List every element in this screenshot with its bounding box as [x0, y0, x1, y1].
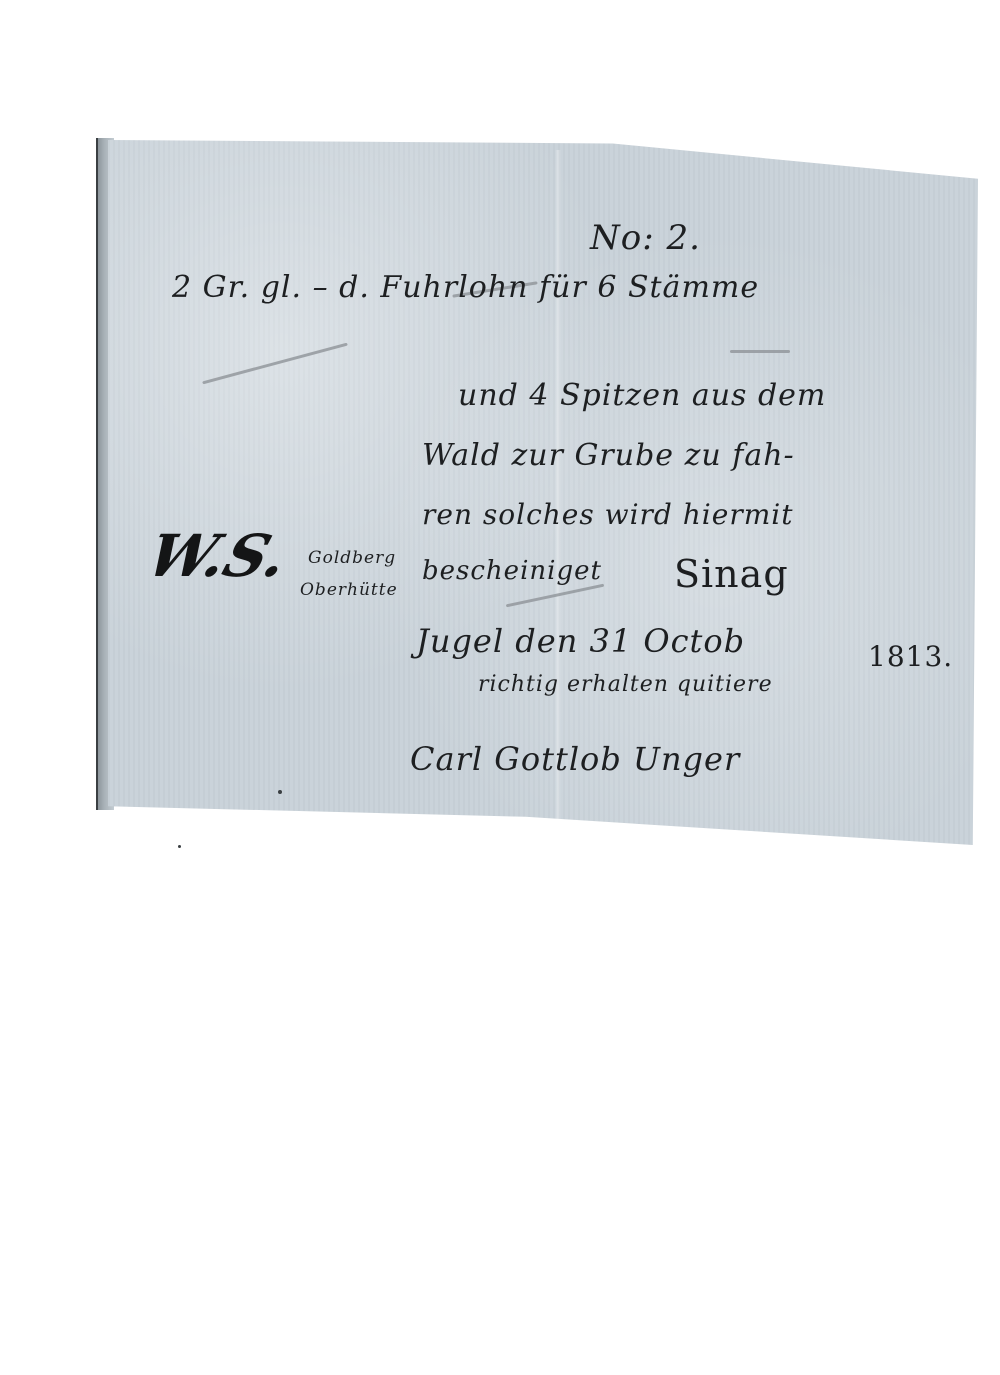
body-line: ren solches wird hiermit: [422, 498, 793, 531]
margin-note: Goldberg: [308, 548, 396, 568]
paper-fold-crease: [555, 150, 561, 820]
receipt-confirmation: richtig erhalten quitiere: [478, 672, 773, 697]
paper-speck: [278, 790, 282, 794]
date-year: 1813.: [868, 640, 953, 673]
document-number: No: 2.: [590, 218, 701, 258]
paper-speck: [178, 845, 181, 848]
body-line: bescheiniget: [422, 556, 602, 586]
body-line: und 4 Spitzen aus dem: [458, 378, 826, 413]
margin-signature-flourish: W.S.: [139, 522, 297, 590]
date-line: Jugel den 31 Octob: [416, 622, 745, 660]
body-line: 2 Gr. gl. – d. Fuhrlohn für 6 Stämme: [172, 270, 759, 305]
margin-note: Oberhütte: [300, 580, 398, 600]
body-line: Wald zur Grube zu fah-: [422, 438, 795, 473]
scanned-page: No: 2. 2 Gr. gl. – d. Fuhrlohn für 6 Stä…: [0, 0, 1000, 1375]
body-line: Sinag: [674, 552, 789, 596]
pencil-mark: [730, 350, 790, 353]
signature: Carl Gottlob Unger: [410, 740, 740, 778]
